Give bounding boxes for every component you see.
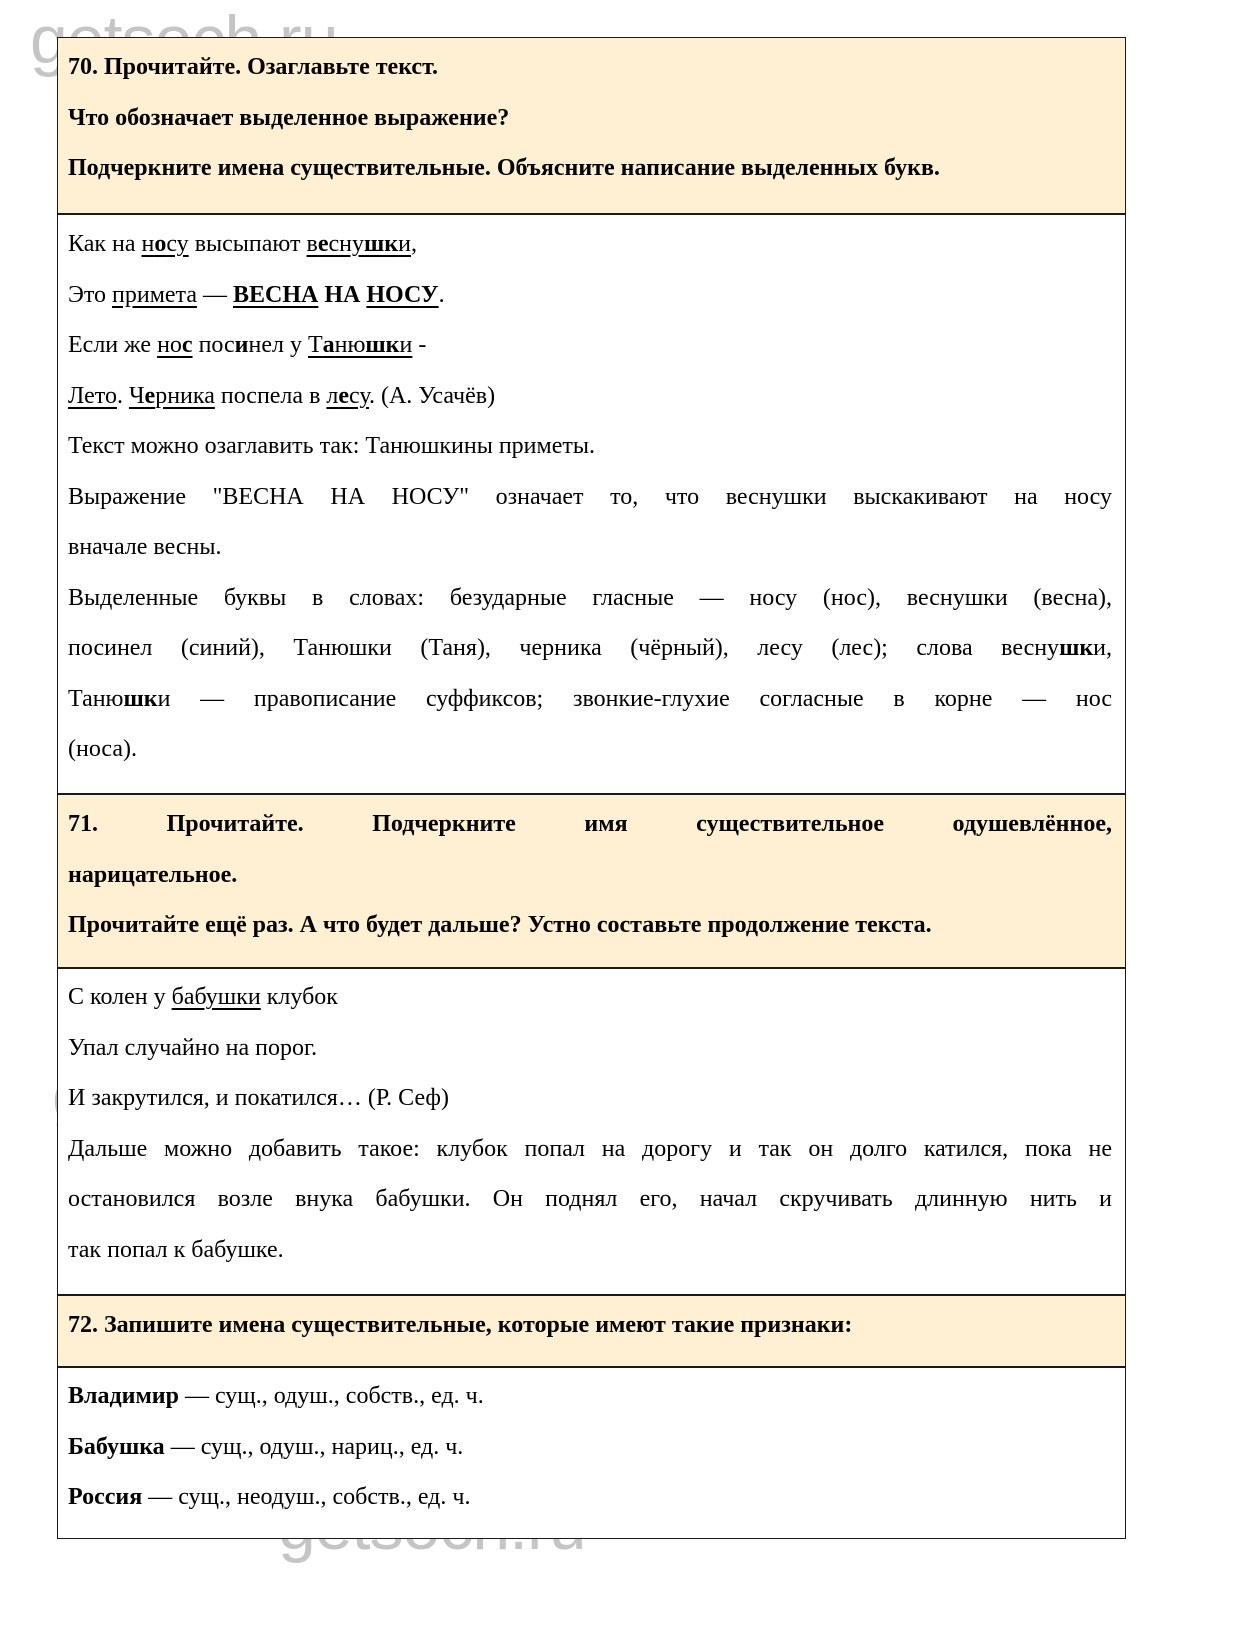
task-72-title: 72. Запишите имена существительные, кото…: [68, 1300, 1112, 1351]
task-71-answer: С колен у бабушки клубок Упал случайно н…: [58, 967, 1125, 1294]
task-70-instruction: Подчеркните имена существительные. Объяс…: [68, 143, 1112, 194]
task-70-answer: Как на носу высыпают веснушки, Это приме…: [58, 213, 1125, 793]
task-70-header: 70. Прочитайте. Озаглавьте текст. Что об…: [58, 38, 1125, 213]
answer-expression: Выражение "ВЕСНА НА НОСУ" означает то, ч…: [68, 472, 1112, 523]
answer-letters: Танюшки — правописание суффиксов; звонки…: [68, 674, 1112, 725]
poem-line: Упал случайно на порог.: [68, 1023, 1112, 1074]
task-71-header: 71. Прочитайте. Подчеркните имя существи…: [58, 793, 1125, 967]
poem-line: И закрутился, и покатился… (Р. Сеф): [68, 1073, 1112, 1124]
task-71-instruction: Прочитайте ещё раз. А что будет дальше? …: [68, 900, 1112, 951]
exercise-table: 70. Прочитайте. Озаглавьте текст. Что об…: [57, 37, 1126, 1539]
answer-title: Текст можно озаглавить так: Танюшкины пр…: [68, 421, 1112, 472]
task-71-title: 71. Прочитайте. Подчеркните имя существи…: [68, 799, 1112, 850]
noun-entry: Россия — сущ., неодуш., собств., ед. ч.: [68, 1472, 1112, 1523]
task-71-title-cont: нарицательное.: [68, 850, 1112, 901]
noun-entry: Владимир — сущ., одуш., собств., ед. ч.: [68, 1371, 1112, 1422]
answer-continuation: так попал к бабушке.: [68, 1225, 1112, 1276]
answer-expression-cont: вначале весны.: [68, 522, 1112, 573]
noun-entry: Бабушка — сущ., одуш., нариц., ед. ч.: [68, 1422, 1112, 1473]
poem-line: Это примета — ВЕСНА НА НОСУ.: [68, 270, 1112, 321]
poem-line: Если же нос посинел у Танюшки -: [68, 320, 1112, 371]
answer-letters: Выделенные буквы в словах: безударные гл…: [68, 573, 1112, 624]
task-70-title: 70. Прочитайте. Озаглавьте текст.: [68, 42, 1112, 93]
answer-letters: посинел (синий), Танюшки (Таня), черника…: [68, 623, 1112, 674]
poem-line: Лето. Черника поспела в лесу. (А. Усачёв…: [68, 371, 1112, 422]
answer-letters: (носа).: [68, 724, 1112, 775]
task-72-header: 72. Запишите имена существительные, кото…: [58, 1294, 1125, 1366]
highlighted-expression: ВЕСНА: [233, 282, 318, 308]
poem-line: Как на носу высыпают веснушки,: [68, 219, 1112, 270]
task-72-answer: Владимир — сущ., одуш., собств., ед. ч. …: [58, 1366, 1125, 1538]
answer-continuation: остановился возле внука бабушки. Он подн…: [68, 1174, 1112, 1225]
answer-continuation: Дальше можно добавить такое: клубок попа…: [68, 1124, 1112, 1175]
task-70-question: Что обозначает выделенное выражение?: [68, 93, 1112, 144]
poem-line: С колен у бабушки клубок: [68, 972, 1112, 1023]
